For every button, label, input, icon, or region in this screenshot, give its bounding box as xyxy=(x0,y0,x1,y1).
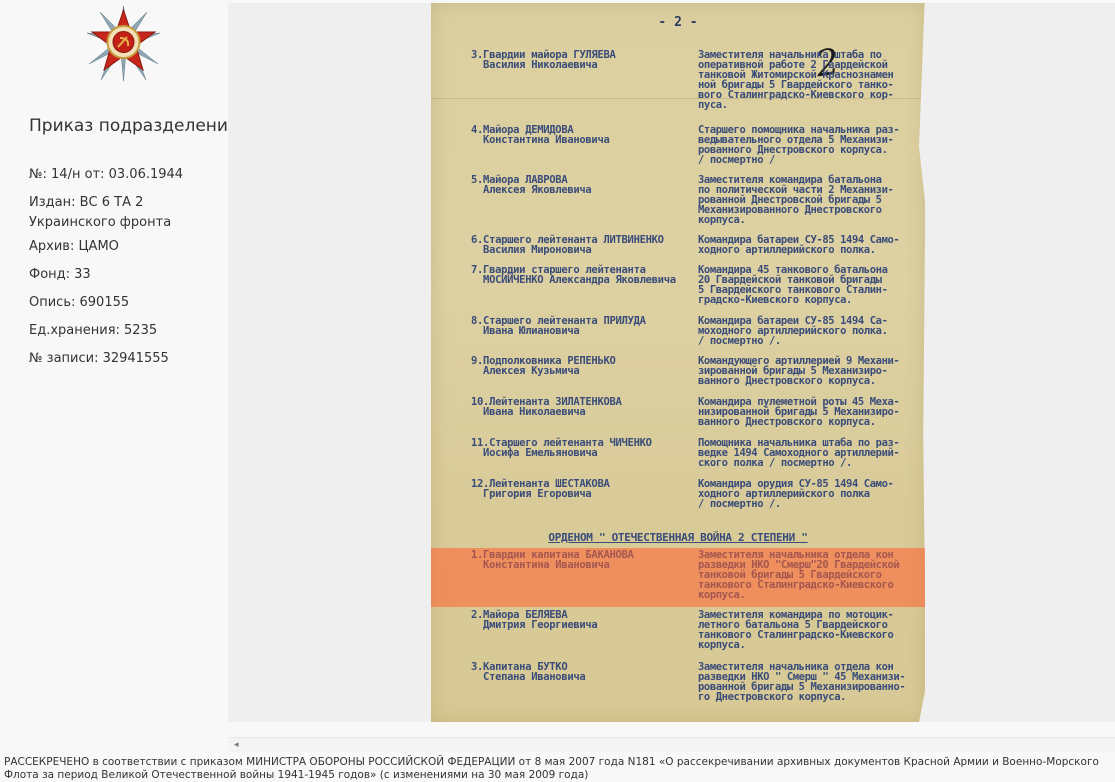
award-section-title: ОРДЕНОМ " ОТЕЧЕСТВЕННАЯ ВОЙНА 2 СТЕПЕНИ … xyxy=(431,531,925,544)
torn-edge xyxy=(919,3,933,722)
record-number: № записи: 32941555 xyxy=(29,349,225,369)
storage-unit: Ед.хранения: 5235 xyxy=(29,321,225,341)
sidebar: Приказ подразделения №: 14/н от: 03.06.1… xyxy=(0,0,228,740)
document-scan-image[interactable]: - 2 - 2 3.Гвардии майора ГУЛЯЕВА Василия… xyxy=(431,3,925,722)
declassification-note: РАССЕКРЕЧЕНО в соответствии с приказом М… xyxy=(4,756,1114,782)
fond: Фонд: 33 xyxy=(29,265,225,285)
archive: Архив: ЦАМО xyxy=(29,237,225,257)
issued-by: Издан: ВС 6 ТА 2 Украинского фронта xyxy=(29,193,225,233)
horizontal-scrollbar[interactable]: ◂ xyxy=(228,737,1115,752)
document-viewer[interactable]: - 2 - 2 3.Гвардии майора ГУЛЯЕВА Василия… xyxy=(228,3,1115,722)
document-metadata: №: 14/н от: 03.06.1944 Издан: ВС 6 ТА 2 … xyxy=(29,165,225,377)
page-number: - 2 - xyxy=(431,15,925,30)
highlighted-record-overlay xyxy=(431,548,925,607)
order-number: №: 14/н от: 03.06.1944 xyxy=(29,165,225,185)
document-type-title: Приказ подразделения xyxy=(29,116,238,136)
scroll-left-arrow-icon[interactable]: ◂ xyxy=(234,740,239,750)
opis: Опись: 690155 xyxy=(29,293,225,313)
order-of-patriotic-war-icon xyxy=(85,4,162,82)
